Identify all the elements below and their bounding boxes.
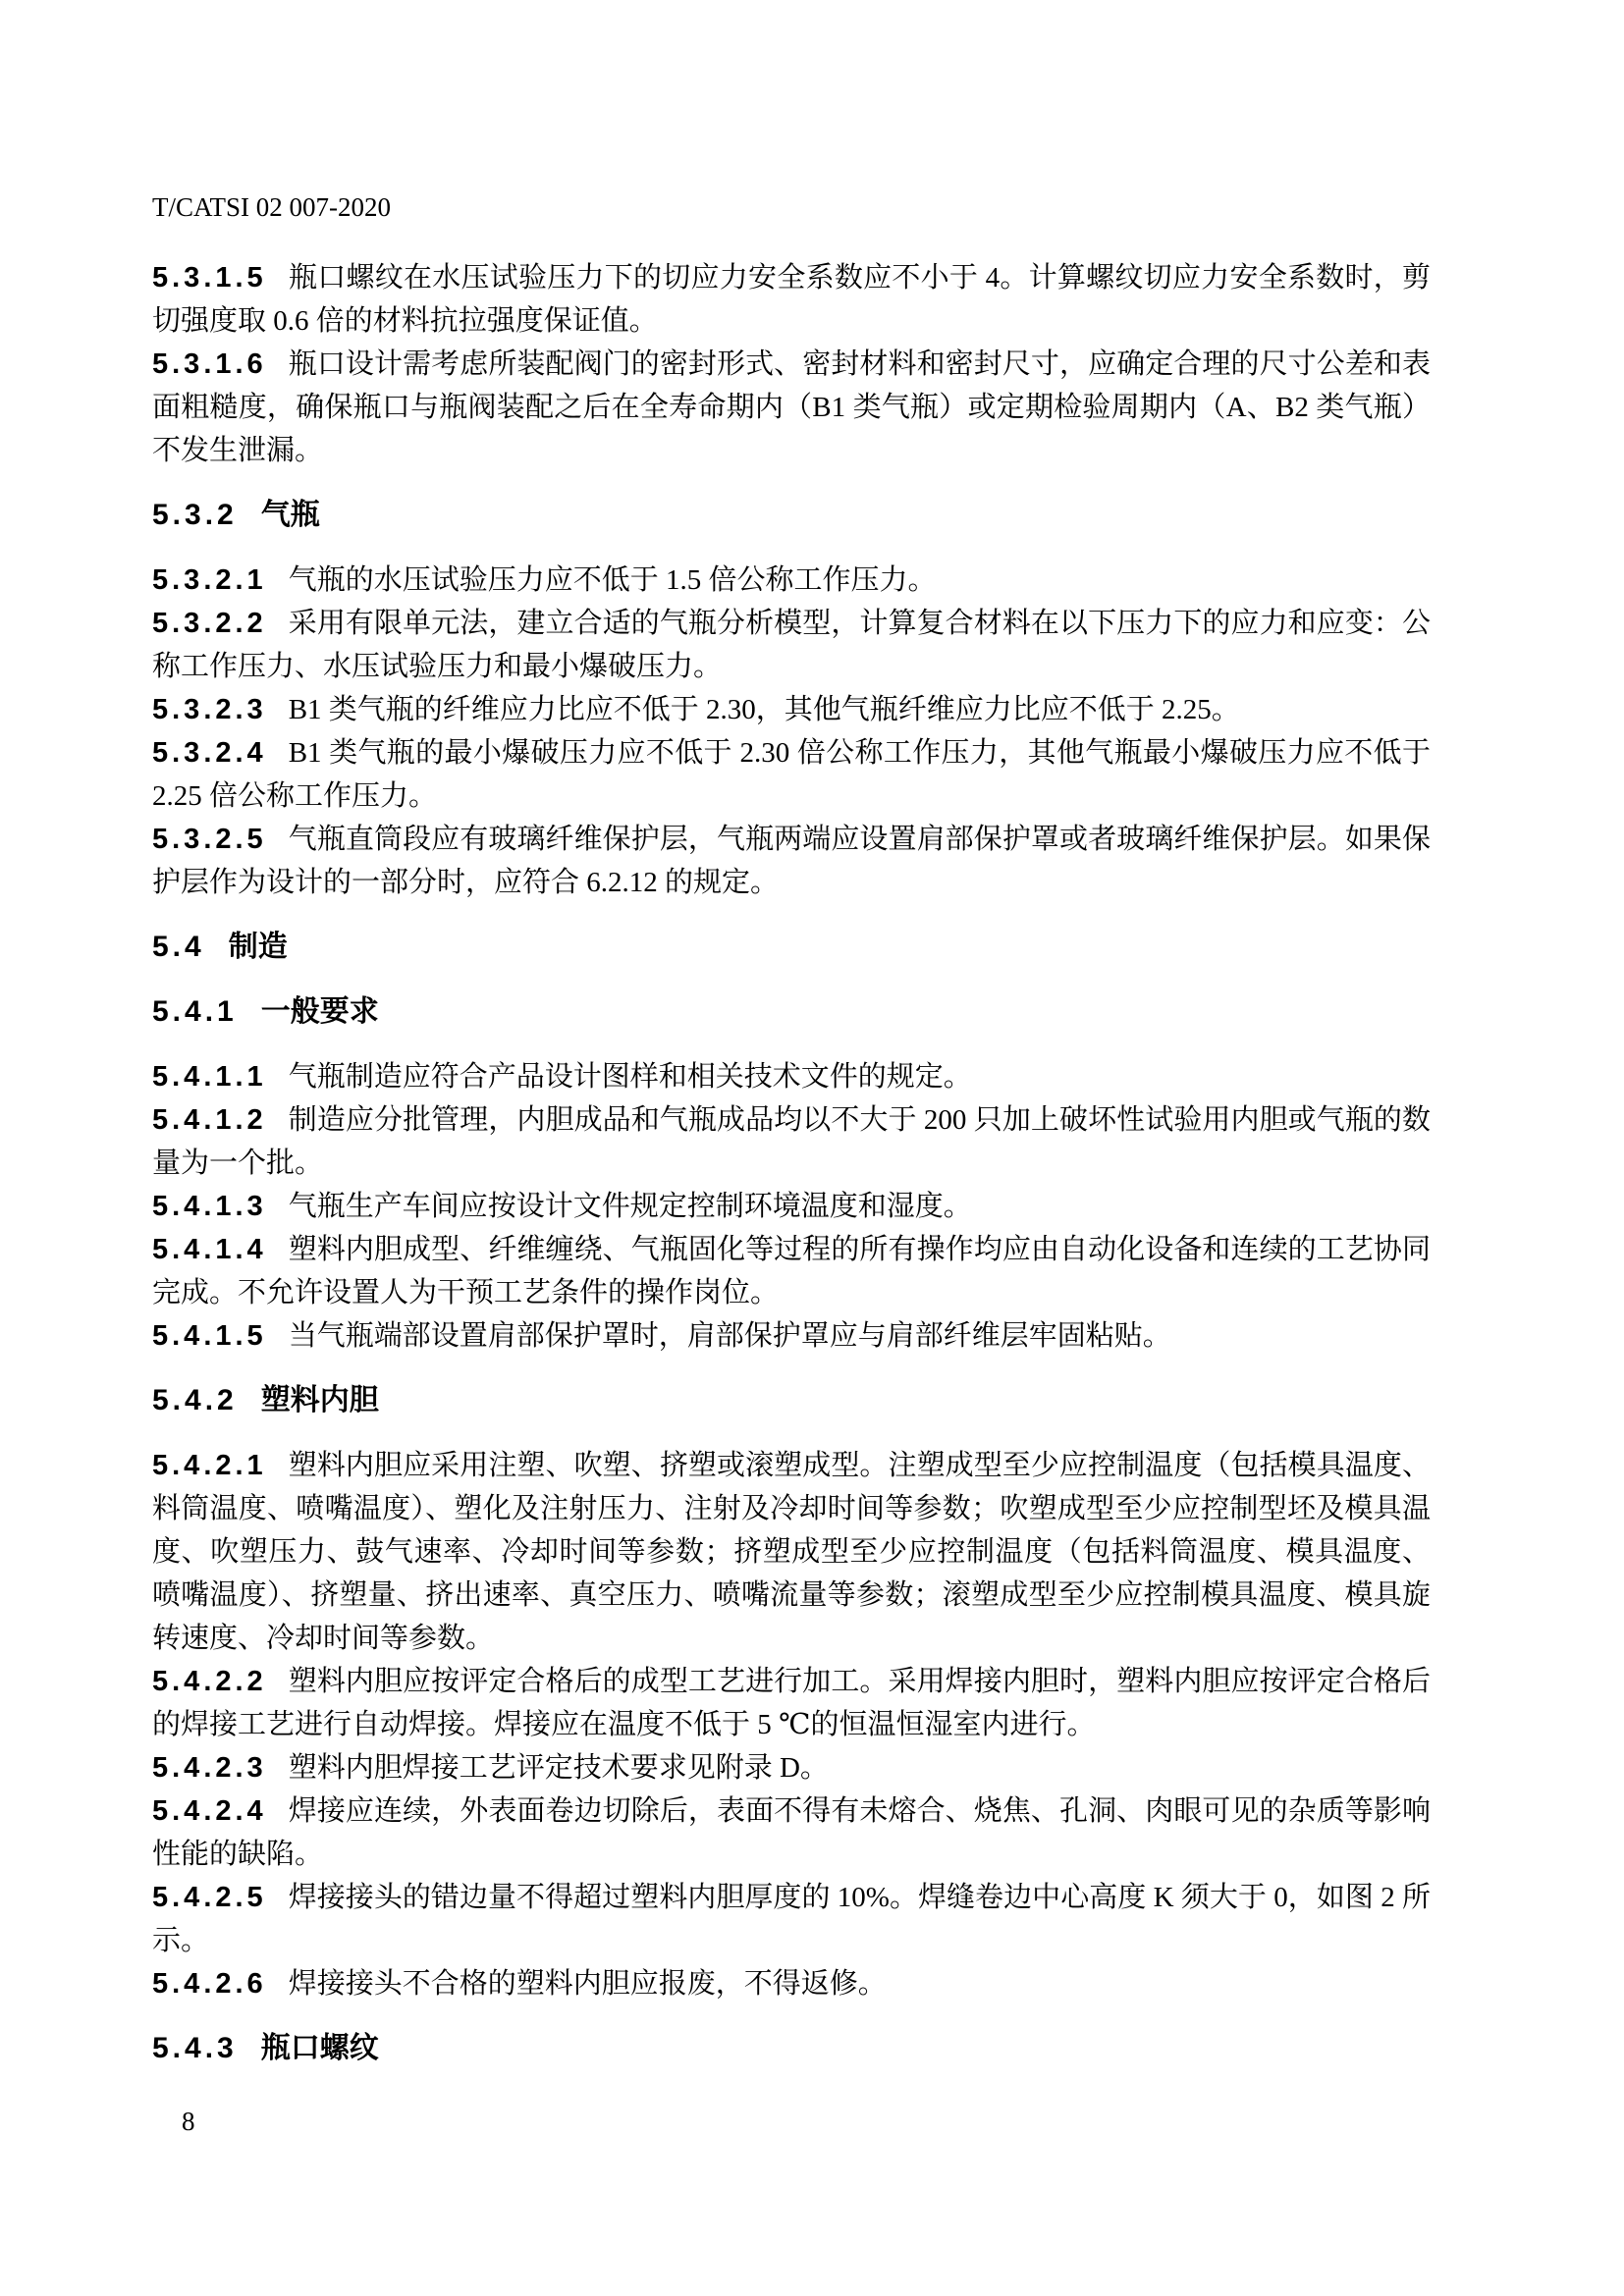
clause-number: 5.4.1.4 bbox=[152, 1234, 267, 1265]
clause-number: 5.4.1.3 bbox=[152, 1191, 267, 1222]
section-title: 一般要求 bbox=[261, 995, 379, 1028]
section-number: 5.3.2 bbox=[152, 499, 238, 531]
clause-text: 塑料内胆成型、纤维缠绕、气瓶固化等过程的所有操作均应由自动化设备和连续的工艺协同… bbox=[152, 1234, 1431, 1308]
section-title: 瓶口螺纹 bbox=[261, 2032, 379, 2064]
clause-paragraph: 5.3.1.5瓶口螺纹在水压试验压力下的切应力安全系数应不小于 4。计算螺纹切应… bbox=[152, 256, 1431, 343]
clause-paragraph: 5.3.1.6瓶口设计需考虑所装配阀门的密封形式、密封材料和密封尺寸，应确定合理… bbox=[152, 343, 1431, 472]
clause-paragraph: 5.3.2.2采用有限单元法，建立合适的气瓶分析模型，计算复合材料在以下压力下的… bbox=[152, 602, 1431, 688]
clause-text: 瓶口螺纹在水压试验压力下的切应力安全系数应不小于 4。计算螺纹切应力安全系数时，… bbox=[152, 262, 1431, 337]
clause-text: B1 类气瓶的纤维应力比应不低于 2.30，其他气瓶纤维应力比应不低于 2.25… bbox=[289, 694, 1240, 725]
document-page: T/CATSI 02 007-2020 5.3.1.5瓶口螺纹在水压试验压力下的… bbox=[0, 0, 1624, 2296]
clause-paragraph: 5.4.2.3塑料内胆焊接工艺评定技术要求见附录 D。 bbox=[152, 1746, 1431, 1789]
section-number: 5.4.2 bbox=[152, 1384, 238, 1416]
clause-text: 焊接接头的错边量不得超过塑料内胆厚度的 10%。焊缝卷边中心高度 K 须大于 0… bbox=[152, 1882, 1431, 1956]
clause-text: 瓶口设计需考虑所装配阀门的密封形式、密封材料和密封尺寸，应确定合理的尺寸公差和表… bbox=[152, 348, 1431, 466]
section-number: 5.4.3 bbox=[152, 2032, 238, 2064]
clause-number: 5.4.2.4 bbox=[152, 1795, 267, 1827]
section-title: 塑料内胆 bbox=[261, 1384, 379, 1416]
clause-paragraph: 5.4.1.4塑料内胆成型、纤维缠绕、气瓶固化等过程的所有操作均应由自动化设备和… bbox=[152, 1228, 1431, 1314]
clause-number: 5.4.2.1 bbox=[152, 1450, 267, 1481]
clause-number: 5.4.2.5 bbox=[152, 1882, 267, 1913]
clause-number: 5.4.2.3 bbox=[152, 1752, 267, 1784]
clause-number: 5.3.1.6 bbox=[152, 348, 267, 380]
clause-number: 5.4.1.2 bbox=[152, 1104, 267, 1136]
section-title: 制造 bbox=[229, 931, 288, 963]
clause-number: 5.3.2.5 bbox=[152, 824, 267, 855]
clause-number: 5.3.2.3 bbox=[152, 694, 267, 725]
clause-number: 5.3.1.5 bbox=[152, 262, 267, 294]
page-number: 8 bbox=[182, 2107, 195, 2136]
clause-number: 5.3.2.4 bbox=[152, 737, 267, 769]
clause-paragraph: 5.3.2.3B1 类气瓶的纤维应力比应不低于 2.30，其他气瓶纤维应力比应不… bbox=[152, 688, 1431, 731]
section-heading: 5.4.2塑料内胆 bbox=[152, 1379, 1431, 1422]
section-number: 5.4 bbox=[152, 931, 205, 963]
clause-number: 5.4.1.1 bbox=[152, 1061, 267, 1093]
clause-number: 5.3.2.2 bbox=[152, 608, 267, 639]
standard-number: T/CATSI 02 007-2020 bbox=[152, 192, 391, 222]
clause-paragraph: 5.4.2.4焊接应连续，外表面卷边切除后，表面不得有未熔合、烧焦、孔洞、肉眼可… bbox=[152, 1789, 1431, 1876]
section-number: 5.4.1 bbox=[152, 995, 238, 1028]
section-title: 气瓶 bbox=[261, 499, 320, 531]
clause-paragraph: 5.3.2.1气瓶的水压试验压力应不低于 1.5 倍公称工作压力。 bbox=[152, 559, 1431, 602]
page-footer: 8 bbox=[182, 2107, 195, 2136]
clause-text: 气瓶制造应符合产品设计图样和相关技术文件的规定。 bbox=[289, 1061, 972, 1093]
clause-number: 5.4.2.6 bbox=[152, 1968, 267, 2000]
clause-paragraph: 5.4.2.1塑料内胆应采用注塑、吹塑、挤塑或滚塑成型。注塑成型至少应控制温度（… bbox=[152, 1444, 1431, 1660]
clause-text: 当气瓶端部设置肩部保护罩时，肩部保护罩应与肩部纤维层牢固粘贴。 bbox=[289, 1320, 1171, 1352]
clause-text: 气瓶直筒段应有玻璃纤维保护层，气瓶两端应设置肩部保护罩或者玻璃纤维保护层。如果保… bbox=[152, 824, 1431, 898]
section-heading: 5.3.2气瓶 bbox=[152, 494, 1431, 537]
clause-text: 气瓶生产车间应按设计文件规定控制环境温度和湿度。 bbox=[289, 1191, 972, 1222]
clause-paragraph: 5.4.1.2制造应分批管理，内胆成品和气瓶成品均以不大于 200 只加上破坏性… bbox=[152, 1098, 1431, 1185]
clause-text: B1 类气瓶的最小爆破压力应不低于 2.30 倍公称工作压力，其他气瓶最小爆破压… bbox=[152, 737, 1431, 812]
clause-text: 焊接应连续，外表面卷边切除后，表面不得有未熔合、烧焦、孔洞、肉眼可见的杂质等影响… bbox=[152, 1795, 1431, 1870]
clause-number: 5.4.1.5 bbox=[152, 1320, 267, 1352]
document-body: 5.3.1.5瓶口螺纹在水压试验压力下的切应力安全系数应不小于 4。计算螺纹切应… bbox=[152, 256, 1431, 2092]
clause-paragraph: 5.4.1.5当气瓶端部设置肩部保护罩时，肩部保护罩应与肩部纤维层牢固粘贴。 bbox=[152, 1314, 1431, 1358]
clause-text: 塑料内胆应按评定合格后的成型工艺进行加工。采用焊接内胆时，塑料内胆应按评定合格后… bbox=[152, 1666, 1431, 1740]
clause-number: 5.3.2.1 bbox=[152, 564, 267, 596]
clause-paragraph: 5.4.2.6焊接接头不合格的塑料内胆应报废，不得返修。 bbox=[152, 1962, 1431, 2005]
section-heading: 5.4.1一般要求 bbox=[152, 990, 1431, 1034]
clause-text: 焊接接头不合格的塑料内胆应报废，不得返修。 bbox=[289, 1968, 887, 2000]
clause-text: 采用有限单元法，建立合适的气瓶分析模型，计算复合材料在以下压力下的应力和应变：公… bbox=[152, 608, 1431, 682]
clause-text: 塑料内胆应采用注塑、吹塑、挤塑或滚塑成型。注塑成型至少应控制温度（包括模具温度、… bbox=[152, 1450, 1431, 1654]
clause-text: 制造应分批管理，内胆成品和气瓶成品均以不大于 200 只加上破坏性试验用内胆或气… bbox=[152, 1104, 1431, 1179]
clause-text: 塑料内胆焊接工艺评定技术要求见附录 D。 bbox=[289, 1752, 829, 1784]
section-heading: 5.4.3瓶口螺纹 bbox=[152, 2027, 1431, 2070]
clause-paragraph: 5.4.1.3气瓶生产车间应按设计文件规定控制环境温度和湿度。 bbox=[152, 1185, 1431, 1228]
clause-text: 气瓶的水压试验压力应不低于 1.5 倍公称工作压力。 bbox=[289, 564, 937, 596]
clause-number: 5.4.2.2 bbox=[152, 1666, 267, 1697]
document-header: T/CATSI 02 007-2020 bbox=[152, 192, 391, 222]
section-heading: 5.4制造 bbox=[152, 926, 1431, 969]
clause-paragraph: 5.4.2.5焊接接头的错边量不得超过塑料内胆厚度的 10%。焊缝卷边中心高度 … bbox=[152, 1876, 1431, 1962]
clause-paragraph: 5.3.2.4B1 类气瓶的最小爆破压力应不低于 2.30 倍公称工作压力，其他… bbox=[152, 731, 1431, 818]
clause-paragraph: 5.3.2.5气瓶直筒段应有玻璃纤维保护层，气瓶两端应设置肩部保护罩或者玻璃纤维… bbox=[152, 818, 1431, 904]
clause-paragraph: 5.4.1.1气瓶制造应符合产品设计图样和相关技术文件的规定。 bbox=[152, 1055, 1431, 1098]
clause-paragraph: 5.4.2.2塑料内胆应按评定合格后的成型工艺进行加工。采用焊接内胆时，塑料内胆… bbox=[152, 1660, 1431, 1746]
